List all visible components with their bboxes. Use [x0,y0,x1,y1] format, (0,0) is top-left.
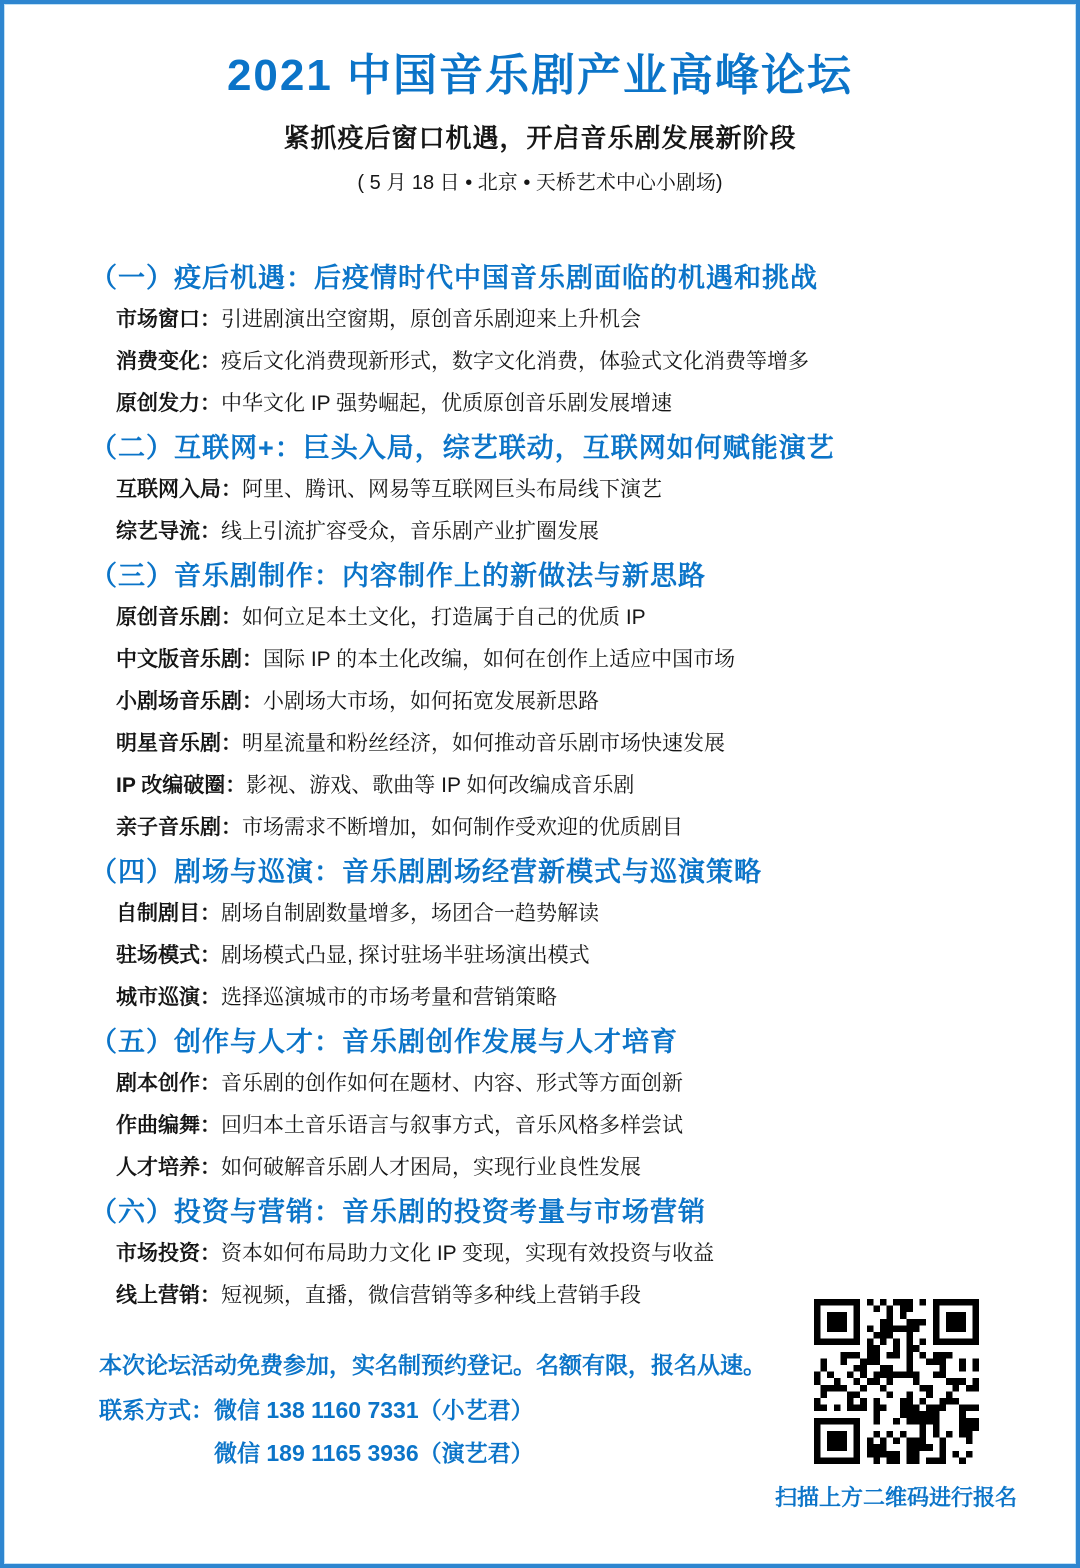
agenda: （一）疫后机遇：后疫情时代中国音乐剧面临的机遇和挑战 市场窗口：引进剧演出空窗期… [4,262,1076,1310]
agenda-item: 剧本创作：音乐剧的创作如何在题材、内容、形式等方面创新 [116,1070,1006,1098]
agenda-item: 原创发力：中华文化 IP 强势崛起，优质原创音乐剧发展增速 [116,390,1006,418]
agenda-item-label: 自制剧目： [116,902,221,925]
agenda-item-label: 市场投资： [116,1242,221,1265]
event-date-location: ( 5 月 18 日 • 北京 • 天桥艺术中心小剧场) [4,170,1076,196]
agenda-item-label: 小剧场音乐剧： [116,690,263,713]
agenda-item-label: 亲子音乐剧： [116,816,242,839]
section-heading: （四）剧场与巡演：音乐剧剧场经营新模式与巡演策略 [90,856,1006,888]
agenda-section-2: （二）互联网+：巨头入局，综艺联动，互联网如何赋能演艺 互联网入局：阿里、腾讯、… [90,432,1006,546]
event-title: 2021 中国音乐剧产业高峰论坛 [4,50,1076,102]
poster-footer: 本次论坛活动免费参加，实名制预约登记。名额有限，报名从速。 联系方式： 微信 1… [4,1350,839,1481]
agenda-item: 市场投资：资本如何布局助力文化 IP 变现，实现有效投资与收益 [116,1240,1006,1268]
section-items: 剧本创作：音乐剧的创作如何在题材、内容、形式等方面创新 作曲编舞：回归本土音乐语… [90,1070,1006,1182]
agenda-item-label: 剧本创作： [116,1072,221,1095]
section-items: 自制剧目：剧场自制剧数量增多，场团合一趋势解读 驻场模式：剧场模式凸显, 探讨驻… [90,900,1006,1012]
agenda-item-label: 城市巡演： [116,986,221,1009]
contact-lines: 微信 138 1160 7331（小艺君）微信 189 1165 3936（演艺… [214,1395,534,1481]
section-items: 原创音乐剧：如何立足本土文化，打造属于自己的优质 IP 中文版音乐剧：国际 IP… [90,604,1006,842]
section-items: 互联网入局：阿里、腾讯、网易等互联网巨头布局线下演艺 综艺导流：线上引流扩容受众… [90,476,1006,546]
section-heading: （六）投资与营销：音乐剧的投资考量与市场营销 [90,1196,1006,1228]
agenda-item-label: IP 改编破圈： [116,774,246,797]
agenda-item-label: 中文版音乐剧： [116,648,263,671]
section-heading: （一）疫后机遇：后疫情时代中国音乐剧面临的机遇和挑战 [90,262,1006,294]
agenda-item: 市场窗口：引进剧演出空窗期，原创音乐剧迎来上升机会 [116,306,1006,334]
section-items: 市场窗口：引进剧演出空窗期，原创音乐剧迎来上升机会 消费变化：疫后文化消费现新形… [90,306,1006,418]
qr-block: 扫描上方二维码进行报名 [776,1299,1016,1512]
agenda-item-label: 原创音乐剧： [116,606,242,629]
contact-info: 联系方式： 微信 138 1160 7331（小艺君）微信 189 1165 3… [99,1395,839,1481]
agenda-item: 作曲编舞：回归本土音乐语言与叙事方式，音乐风格多样尝试 [116,1112,1006,1140]
agenda-item-label: 互联网入局： [116,478,242,501]
section-heading: （五）创作与人才：音乐剧创作发展与人才培育 [90,1026,1006,1058]
contact-label: 联系方式： [99,1395,214,1425]
agenda-item-desc: 如何立足本土文化，打造属于自己的优质 IP [242,606,646,629]
agenda-item-desc: 短视频，直播，微信营销等多种线上营销手段 [221,1284,641,1307]
agenda-item-label: 综艺导流： [116,520,221,543]
event-subtitle: 紧抓疫后窗口机遇，开启音乐剧发展新阶段 [4,122,1076,154]
agenda-item-label: 驻场模式： [116,944,221,967]
agenda-item: 自制剧目：剧场自制剧数量增多，场团合一趋势解读 [116,900,1006,928]
agenda-item-label: 作曲编舞： [116,1114,221,1137]
agenda-section-4: （四）剧场与巡演：音乐剧剧场经营新模式与巡演策略 自制剧目：剧场自制剧数量增多，… [90,856,1006,1012]
agenda-item-desc: 资本如何布局助力文化 IP 变现，实现有效投资与收益 [221,1242,714,1265]
agenda-item: 亲子音乐剧：市场需求不断增加，如何制作受欢迎的优质剧目 [116,814,1006,842]
agenda-item-desc: 剧场模式凸显, 探讨驻场半驻场演出模式 [221,944,590,967]
agenda-item: 小剧场音乐剧：小剧场大市场，如何拓宽发展新思路 [116,688,1006,716]
qr-caption: 扫描上方二维码进行报名 [775,1484,1017,1512]
agenda-item: IP 改编破圈：影视、游戏、歌曲等 IP 如何改编成音乐剧 [116,772,1006,800]
agenda-item-desc: 市场需求不断增加，如何制作受欢迎的优质剧目 [242,816,683,839]
wechat-contact-1: 微信 138 1160 7331（小艺君） [214,1395,534,1425]
agenda-item-desc: 中华文化 IP 强势崛起，优质原创音乐剧发展增速 [221,392,672,415]
agenda-item-desc: 音乐剧的创作如何在题材、内容、形式等方面创新 [221,1072,683,1095]
agenda-item-label: 线上营销： [116,1284,221,1307]
agenda-item: 城市巡演：选择巡演城市的市场考量和营销策略 [116,984,1006,1012]
agenda-item-label: 明星音乐剧： [116,732,242,755]
section-heading: （三）音乐剧制作：内容制作上的新做法与新思路 [90,560,1006,592]
agenda-item-label: 原创发力： [116,392,221,415]
agenda-item-label: 人才培养： [116,1156,221,1179]
agenda-item-desc: 疫后文化消费现新形式，数字文化消费，体验式文化消费等增多 [221,350,809,373]
wechat-contact-2: 微信 189 1165 3936（演艺君） [214,1438,534,1468]
section-heading: （二）互联网+：巨头入局，综艺联动，互联网如何赋能演艺 [90,432,1006,464]
agenda-item-desc: 阿里、腾讯、网易等互联网巨头布局线下演艺 [242,478,662,501]
agenda-item-desc: 国际 IP 的本土化改编，如何在创作上适应中国市场 [263,648,735,671]
agenda-section-5: （五）创作与人才：音乐剧创作发展与人才培育 剧本创作：音乐剧的创作如何在题材、内… [90,1026,1006,1182]
agenda-item-desc: 引进剧演出空窗期，原创音乐剧迎来上升机会 [221,308,641,331]
agenda-item: 原创音乐剧：如何立足本土文化，打造属于自己的优质 IP [116,604,1006,632]
agenda-section-1: （一）疫后机遇：后疫情时代中国音乐剧面临的机遇和挑战 市场窗口：引进剧演出空窗期… [90,262,1006,418]
qr-code-icon [814,1299,979,1464]
agenda-item: 综艺导流：线上引流扩容受众，音乐剧产业扩圈发展 [116,518,1006,546]
agenda-item-desc: 小剧场大市场，如何拓宽发展新思路 [263,690,599,713]
agenda-item: 明星音乐剧：明星流量和粉丝经济，如何推动音乐剧市场快速发展 [116,730,1006,758]
poster-header: 2021 中国音乐剧产业高峰论坛 紧抓疫后窗口机遇，开启音乐剧发展新阶段 ( 5… [4,4,1076,196]
agenda-item-desc: 线上引流扩容受众，音乐剧产业扩圈发展 [221,520,599,543]
agenda-item: 中文版音乐剧：国际 IP 的本土化改编，如何在创作上适应中国市场 [116,646,1006,674]
agenda-item-desc: 如何破解音乐剧人才困局，实现行业良性发展 [221,1156,641,1179]
poster-page: 2021 中国音乐剧产业高峰论坛 紧抓疫后窗口机遇，开启音乐剧发展新阶段 ( 5… [0,0,1080,1568]
registration-notice: 本次论坛活动免费参加，实名制预约登记。名额有限，报名从速。 [99,1350,839,1380]
agenda-item: 人才培养：如何破解音乐剧人才困局，实现行业良性发展 [116,1154,1006,1182]
agenda-section-6: （六）投资与营销：音乐剧的投资考量与市场营销 市场投资：资本如何布局助力文化 I… [90,1196,1006,1310]
agenda-item-desc: 明星流量和粉丝经济，如何推动音乐剧市场快速发展 [242,732,725,755]
agenda-item-desc: 剧场自制剧数量增多，场团合一趋势解读 [221,902,599,925]
agenda-item: 消费变化：疫后文化消费现新形式，数字文化消费，体验式文化消费等增多 [116,348,1006,376]
agenda-item-desc: 影视、游戏、歌曲等 IP 如何改编成音乐剧 [246,774,634,797]
agenda-item-label: 市场窗口： [116,308,221,331]
agenda-item-label: 消费变化： [116,350,221,373]
agenda-item-desc: 回归本土音乐语言与叙事方式，音乐风格多样尝试 [221,1114,683,1137]
agenda-item: 互联网入局：阿里、腾讯、网易等互联网巨头布局线下演艺 [116,476,1006,504]
agenda-item: 驻场模式：剧场模式凸显, 探讨驻场半驻场演出模式 [116,942,1006,970]
agenda-section-3: （三）音乐剧制作：内容制作上的新做法与新思路 原创音乐剧：如何立足本土文化，打造… [90,560,1006,842]
agenda-item-desc: 选择巡演城市的市场考量和营销策略 [221,986,557,1009]
